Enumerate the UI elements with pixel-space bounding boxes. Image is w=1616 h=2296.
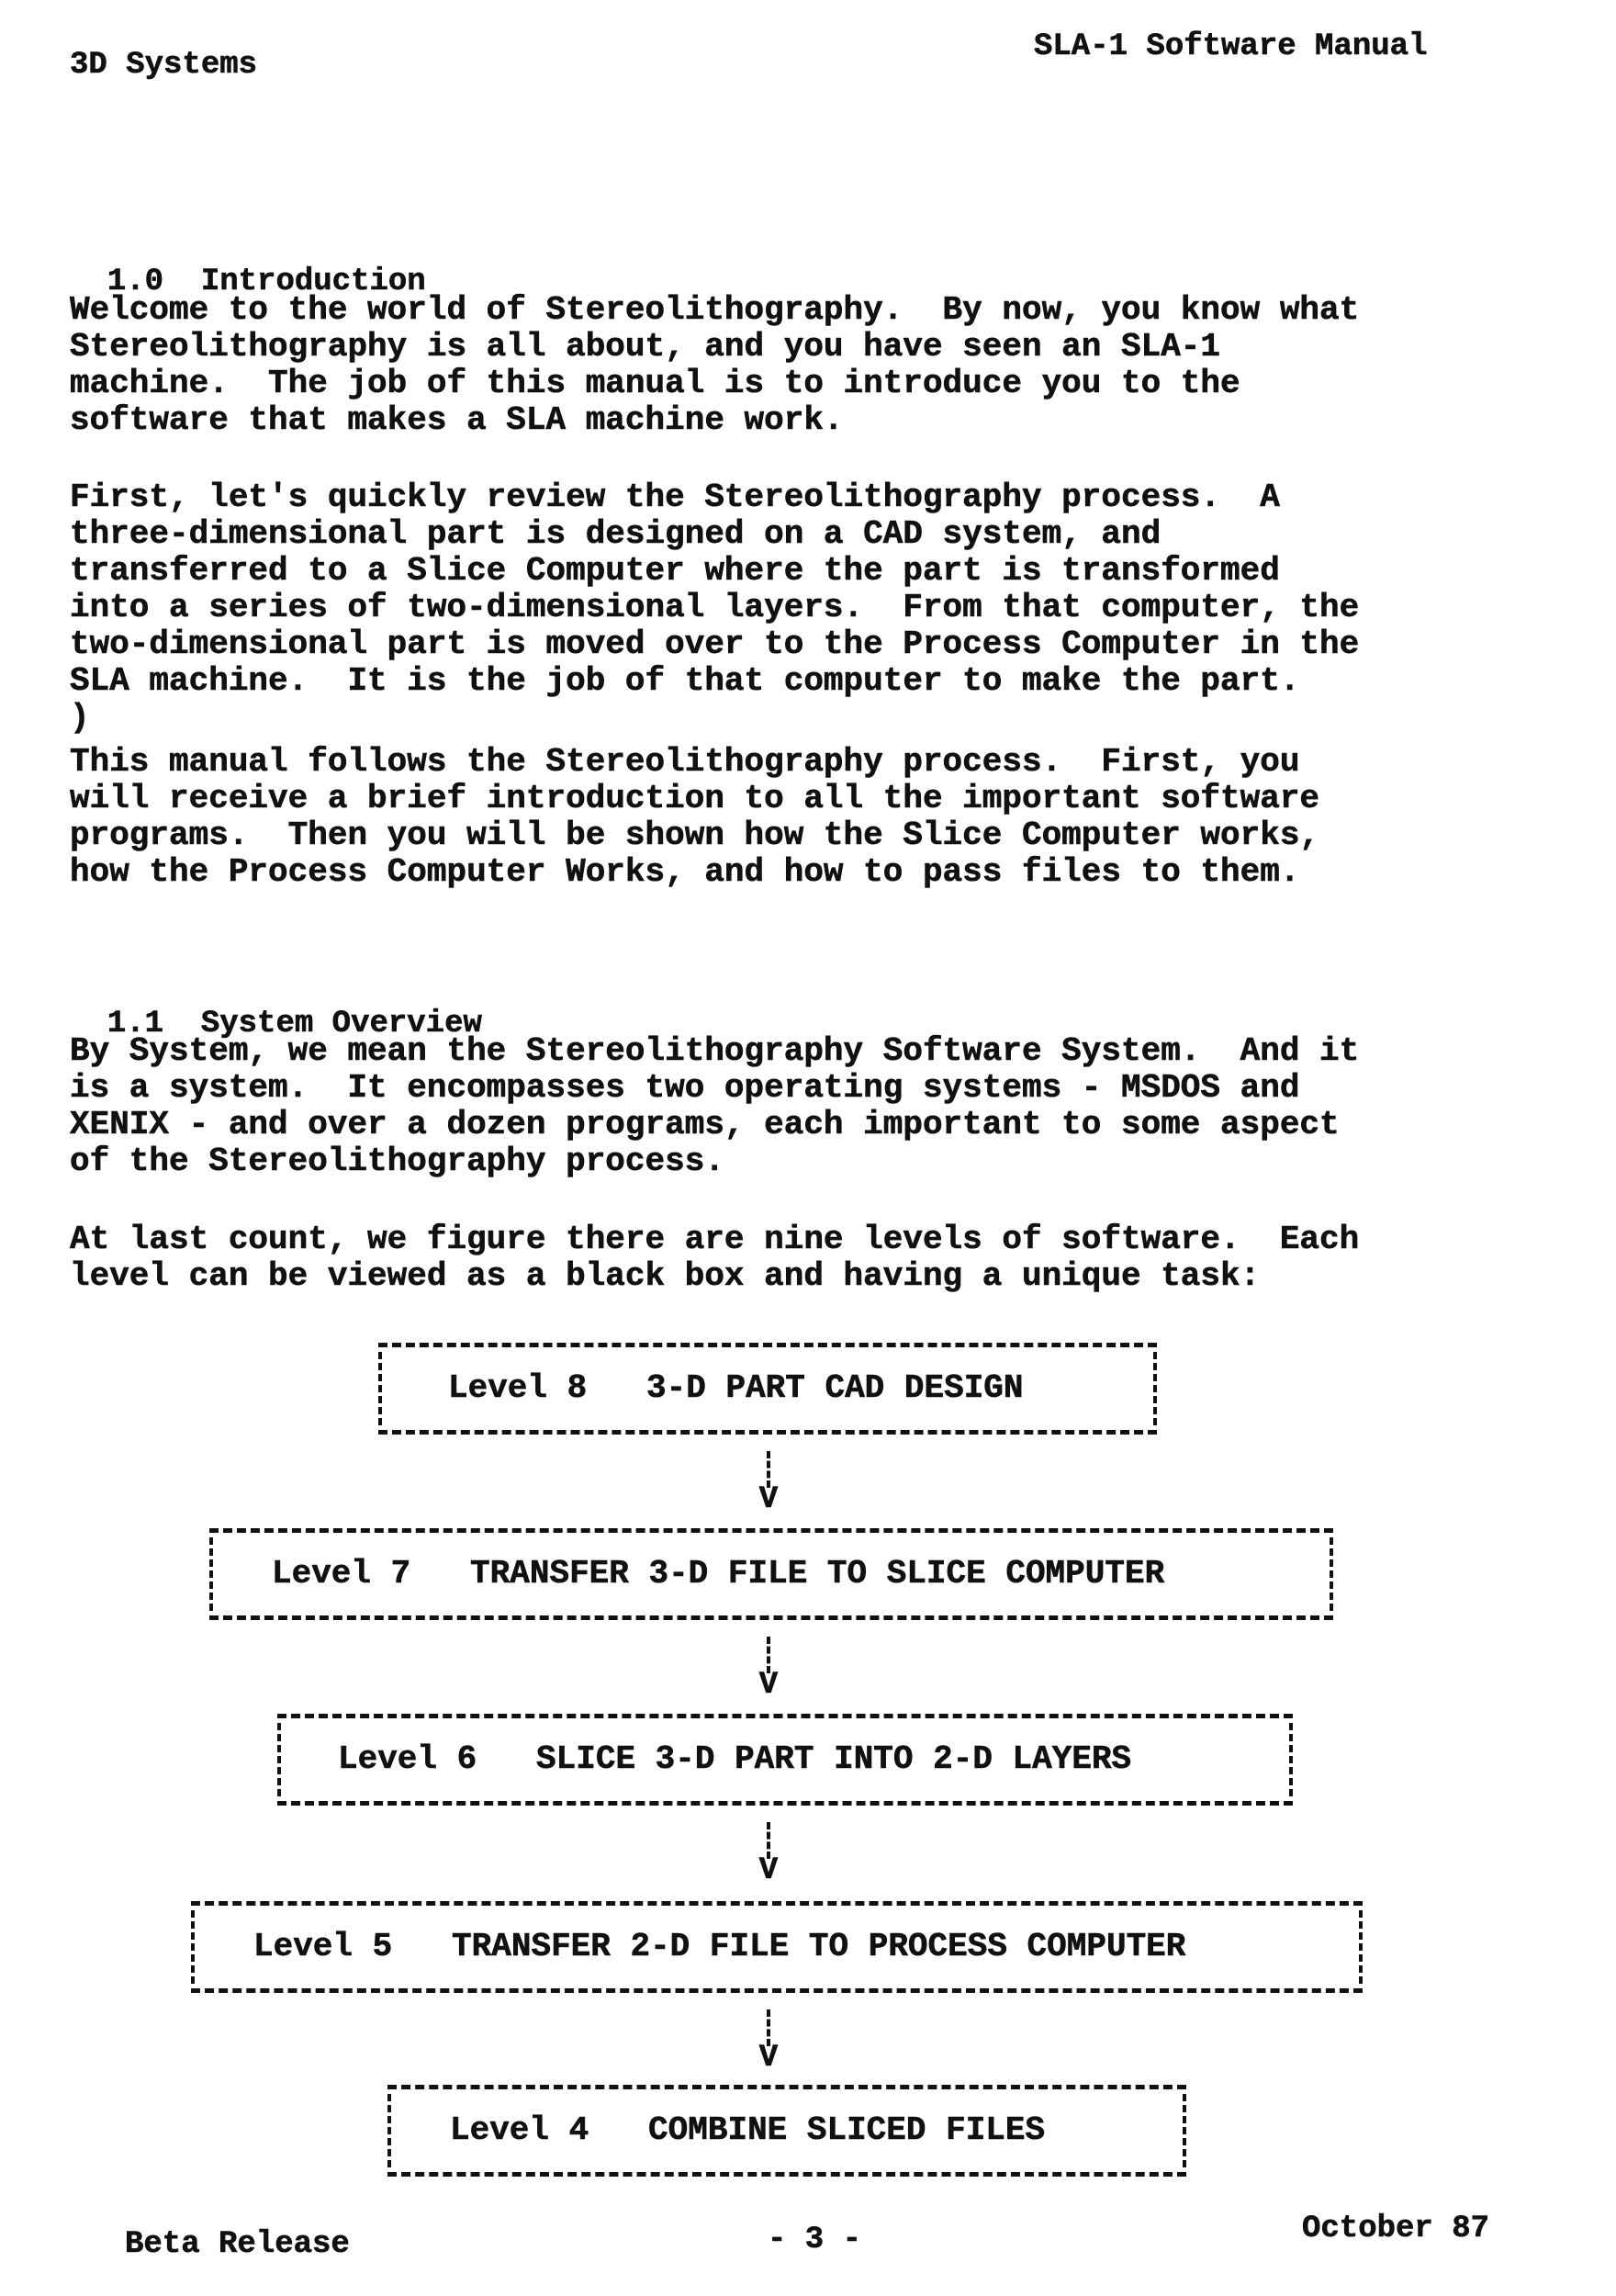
- footer-release: Beta Release: [125, 2227, 350, 2262]
- footer-date: October 87: [1302, 2212, 1489, 2246]
- level-box-7: Level 7 TRANSFER 3-D FILE TO SLICE COMPU…: [209, 1528, 1333, 1620]
- level-label: Level 6 SLICE 3-D PART INTO 2-D LAYERS: [338, 1741, 1131, 1778]
- arrow-down-icon: V: [755, 2009, 782, 2070]
- level-label: Level 8 3-D PART CAD DESIGN: [448, 1370, 1024, 1407]
- level-box-6: Level 6 SLICE 3-D PART INTO 2-D LAYERS: [277, 1714, 1293, 1806]
- arrow-down-icon: V: [755, 1637, 782, 1697]
- paragraph-nine-levels: At last count, we figure there are nine …: [70, 1221, 1576, 1295]
- level-label: Level 7 TRANSFER 3-D FILE TO SLICE COMPU…: [272, 1556, 1164, 1593]
- level-label: Level 5 TRANSFER 2-D FILE TO PROCESS COM…: [253, 1929, 1185, 1965]
- level-box-4: Level 4 COMBINE SLICED FILES: [387, 2085, 1186, 2177]
- paragraph-process-review: First, let's quickly review the Stereoli…: [70, 479, 1576, 737]
- level-box-5: Level 5 TRANSFER 2-D FILE TO PROCESS COM…: [191, 1901, 1363, 1993]
- level-box-8: Level 8 3-D PART CAD DESIGN: [378, 1343, 1157, 1435]
- section-heading-introduction: 1.0 Introduction: [70, 230, 426, 299]
- paragraph-manual-overview: This manual follows the Stereolithograph…: [70, 744, 1576, 891]
- section-heading-system-overview: 1.1 System Overview: [70, 972, 482, 1041]
- paragraph-system-definition: By System, we mean the Stereolithography…: [70, 1033, 1576, 1180]
- header-company: 3D Systems: [70, 48, 257, 83]
- header-manual-title: SLA-1 Software Manual: [1034, 29, 1427, 64]
- footer-page-number: - 3 -: [768, 2223, 861, 2257]
- paragraph-welcome: Welcome to the world of Stereolithograph…: [70, 292, 1576, 439]
- level-label: Level 4 COMBINE SLICED FILES: [450, 2112, 1045, 2149]
- arrow-down-icon: V: [755, 1451, 782, 1512]
- arrow-down-icon: V: [755, 1822, 782, 1883]
